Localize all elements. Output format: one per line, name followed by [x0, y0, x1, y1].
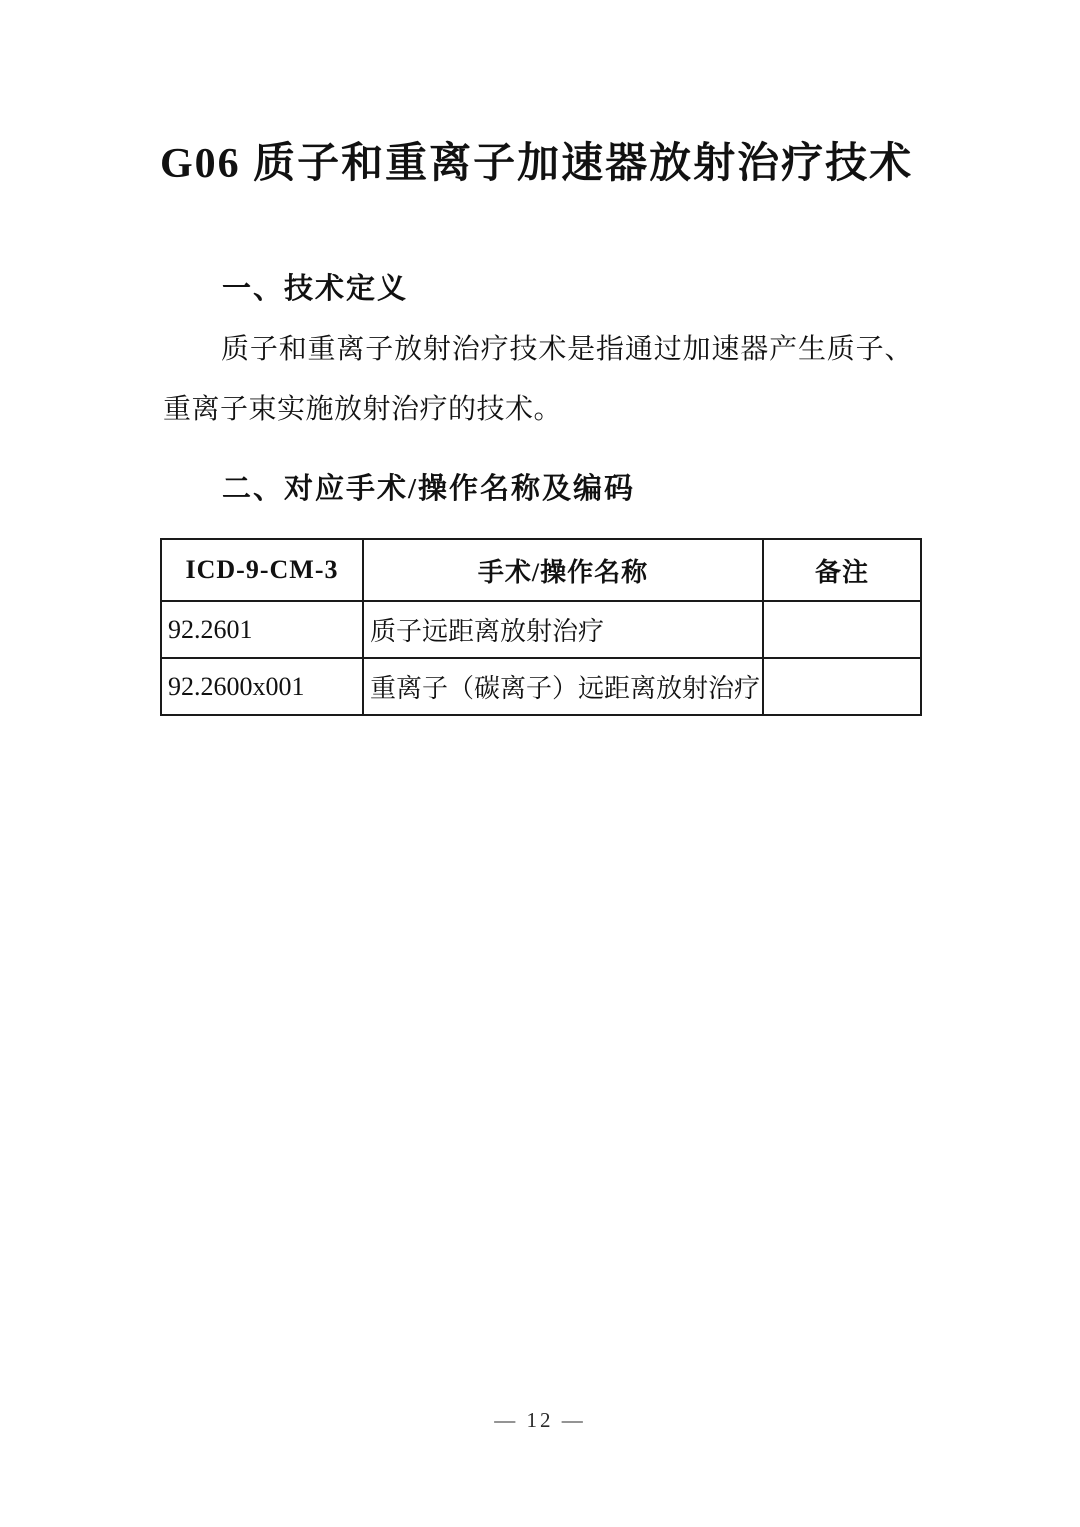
table-header-row: ICD-9-CM-3 手术/操作名称 备注	[161, 539, 921, 601]
cell-operation-name: 重离子（碳离子）远距离放射治疗	[363, 658, 763, 715]
column-header-icd-code: ICD-9-CM-3	[161, 539, 363, 601]
section-2-heading: 二、对应手术/操作名称及编码	[222, 466, 635, 507]
section-1-heading: 一、技术定义	[222, 266, 408, 307]
cell-icd-code: 92.2600x001	[161, 658, 363, 715]
page-number: — 12 —	[0, 1408, 1080, 1433]
cell-icd-code: 92.2601	[161, 601, 363, 658]
procedure-code-table: ICD-9-CM-3 手术/操作名称 备注 92.2601 质子远距离放射治疗 …	[160, 538, 922, 716]
table-row: 92.2600x001 重离子（碳离子）远距离放射治疗	[161, 658, 921, 715]
column-header-remarks: 备注	[763, 539, 921, 601]
section-1-paragraph: 质子和重离子放射治疗技术是指通过加速器产生质子、重离子束实施放射治疗的技术。	[163, 320, 913, 440]
cell-operation-name: 质子远距离放射治疗	[363, 601, 763, 658]
cell-remarks	[763, 658, 921, 715]
table-row: 92.2601 质子远距离放射治疗	[161, 601, 921, 658]
document-page: G06 质子和重离子加速器放射治疗技术 一、技术定义 质子和重离子放射治疗技术是…	[0, 0, 1080, 1527]
column-header-operation-name: 手术/操作名称	[363, 539, 763, 601]
document-title: G06 质子和重离子加速器放射治疗技术	[160, 130, 940, 190]
cell-remarks	[763, 601, 921, 658]
